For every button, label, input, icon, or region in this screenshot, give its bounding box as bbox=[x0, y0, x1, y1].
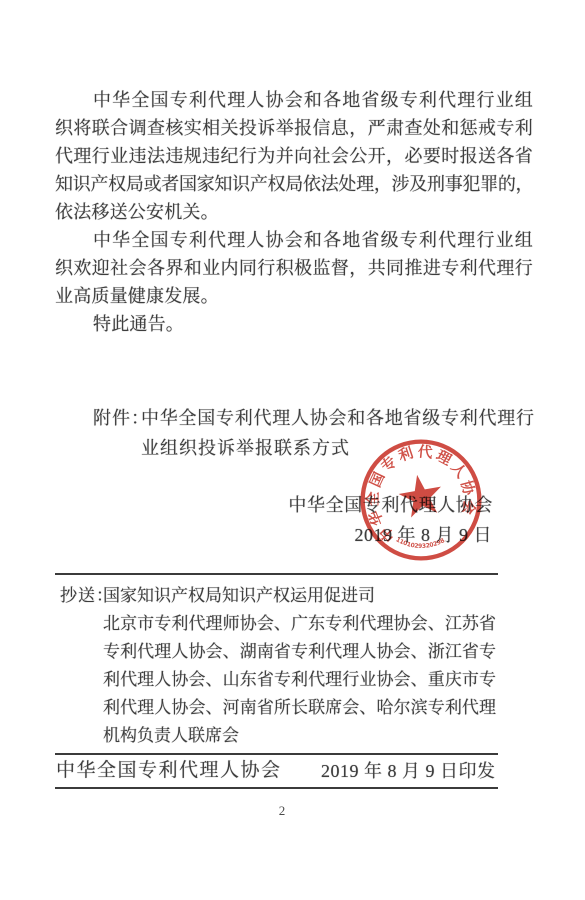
divider-rule bbox=[55, 787, 498, 789]
attachment-title-line: 业组织投诉举报联系方式 bbox=[141, 433, 350, 463]
svg-text:1101029320298: 1101029320298 bbox=[395, 536, 446, 550]
divider-rule bbox=[55, 573, 498, 575]
paragraph-line: 中华全国专利代理人协会和各地省级专利代理行业组 bbox=[55, 226, 533, 254]
official-seal-stamp: 中华全国专利代理人协会 1101029320298 bbox=[357, 436, 485, 564]
cc-line: 国家知识产权局知识产权运用促进司 bbox=[103, 582, 496, 610]
cc-line: 机构负责人联席会 bbox=[103, 722, 496, 750]
paragraph-line: 依法移送公安机关。 bbox=[55, 198, 533, 226]
paragraph-line: 中华全国专利代理人协会和各地省级专利代理行业组 bbox=[55, 86, 533, 114]
notice-body: 中华全国专利代理人协会和各地省级专利代理行业组 织将联合调查核实相关投诉举报信息… bbox=[55, 86, 533, 338]
cc-line: 专利代理人协会、湖南省专利代理人协会、浙江省专 bbox=[103, 638, 496, 666]
paragraph-line: 代理行业违法违规违纪行为并向社会公开，必要时报送各省 bbox=[55, 142, 533, 170]
cc-line: 利代理人协会、河南省所长联席会、哈尔滨专利代理 bbox=[103, 694, 496, 722]
paragraph-line: 知识产权局或者国家知识产权局依法处理，涉及刑事犯罪的， bbox=[55, 170, 533, 198]
paragraph-line: 织将联合调查核实相关投诉举报信息，严肃查处和惩戒专利 bbox=[55, 114, 533, 142]
paragraph-line: 业高质量健康发展。 bbox=[55, 282, 533, 310]
paragraph-line: 织欢迎社会各界和业内同行积极监督，共同推进专利代理行 bbox=[55, 254, 533, 282]
attachment-title-line: 中华全国专利代理人协会和各地省级专利代理行 bbox=[141, 403, 534, 433]
seal-number: 1101029320298 bbox=[395, 536, 446, 550]
divider-rule bbox=[55, 753, 498, 755]
cc-line: 利代理人协会、山东省专利代理行业协会、重庆市专 bbox=[103, 666, 496, 694]
cc-line: 北京市专利代理师协会、广东专利代理协会、江苏省 bbox=[103, 610, 496, 638]
footer-print-date: 2019 年 8 月 9 日印发 bbox=[321, 757, 496, 785]
closing-line: 特此通告。 bbox=[55, 310, 533, 338]
footer-organization: 中华全国专利代理人协会 bbox=[56, 757, 282, 785]
page-number: 2 bbox=[272, 803, 292, 819]
document-page: 中华全国专利代理人协会和各地省级专利代理行业组 织将联合调查核实相关投诉举报信息… bbox=[0, 0, 585, 900]
cc-list: 国家知识产权局知识产权运用促进司 北京市专利代理师协会、广东专利代理协会、江苏省… bbox=[103, 582, 496, 750]
seal-star-icon bbox=[396, 471, 445, 519]
